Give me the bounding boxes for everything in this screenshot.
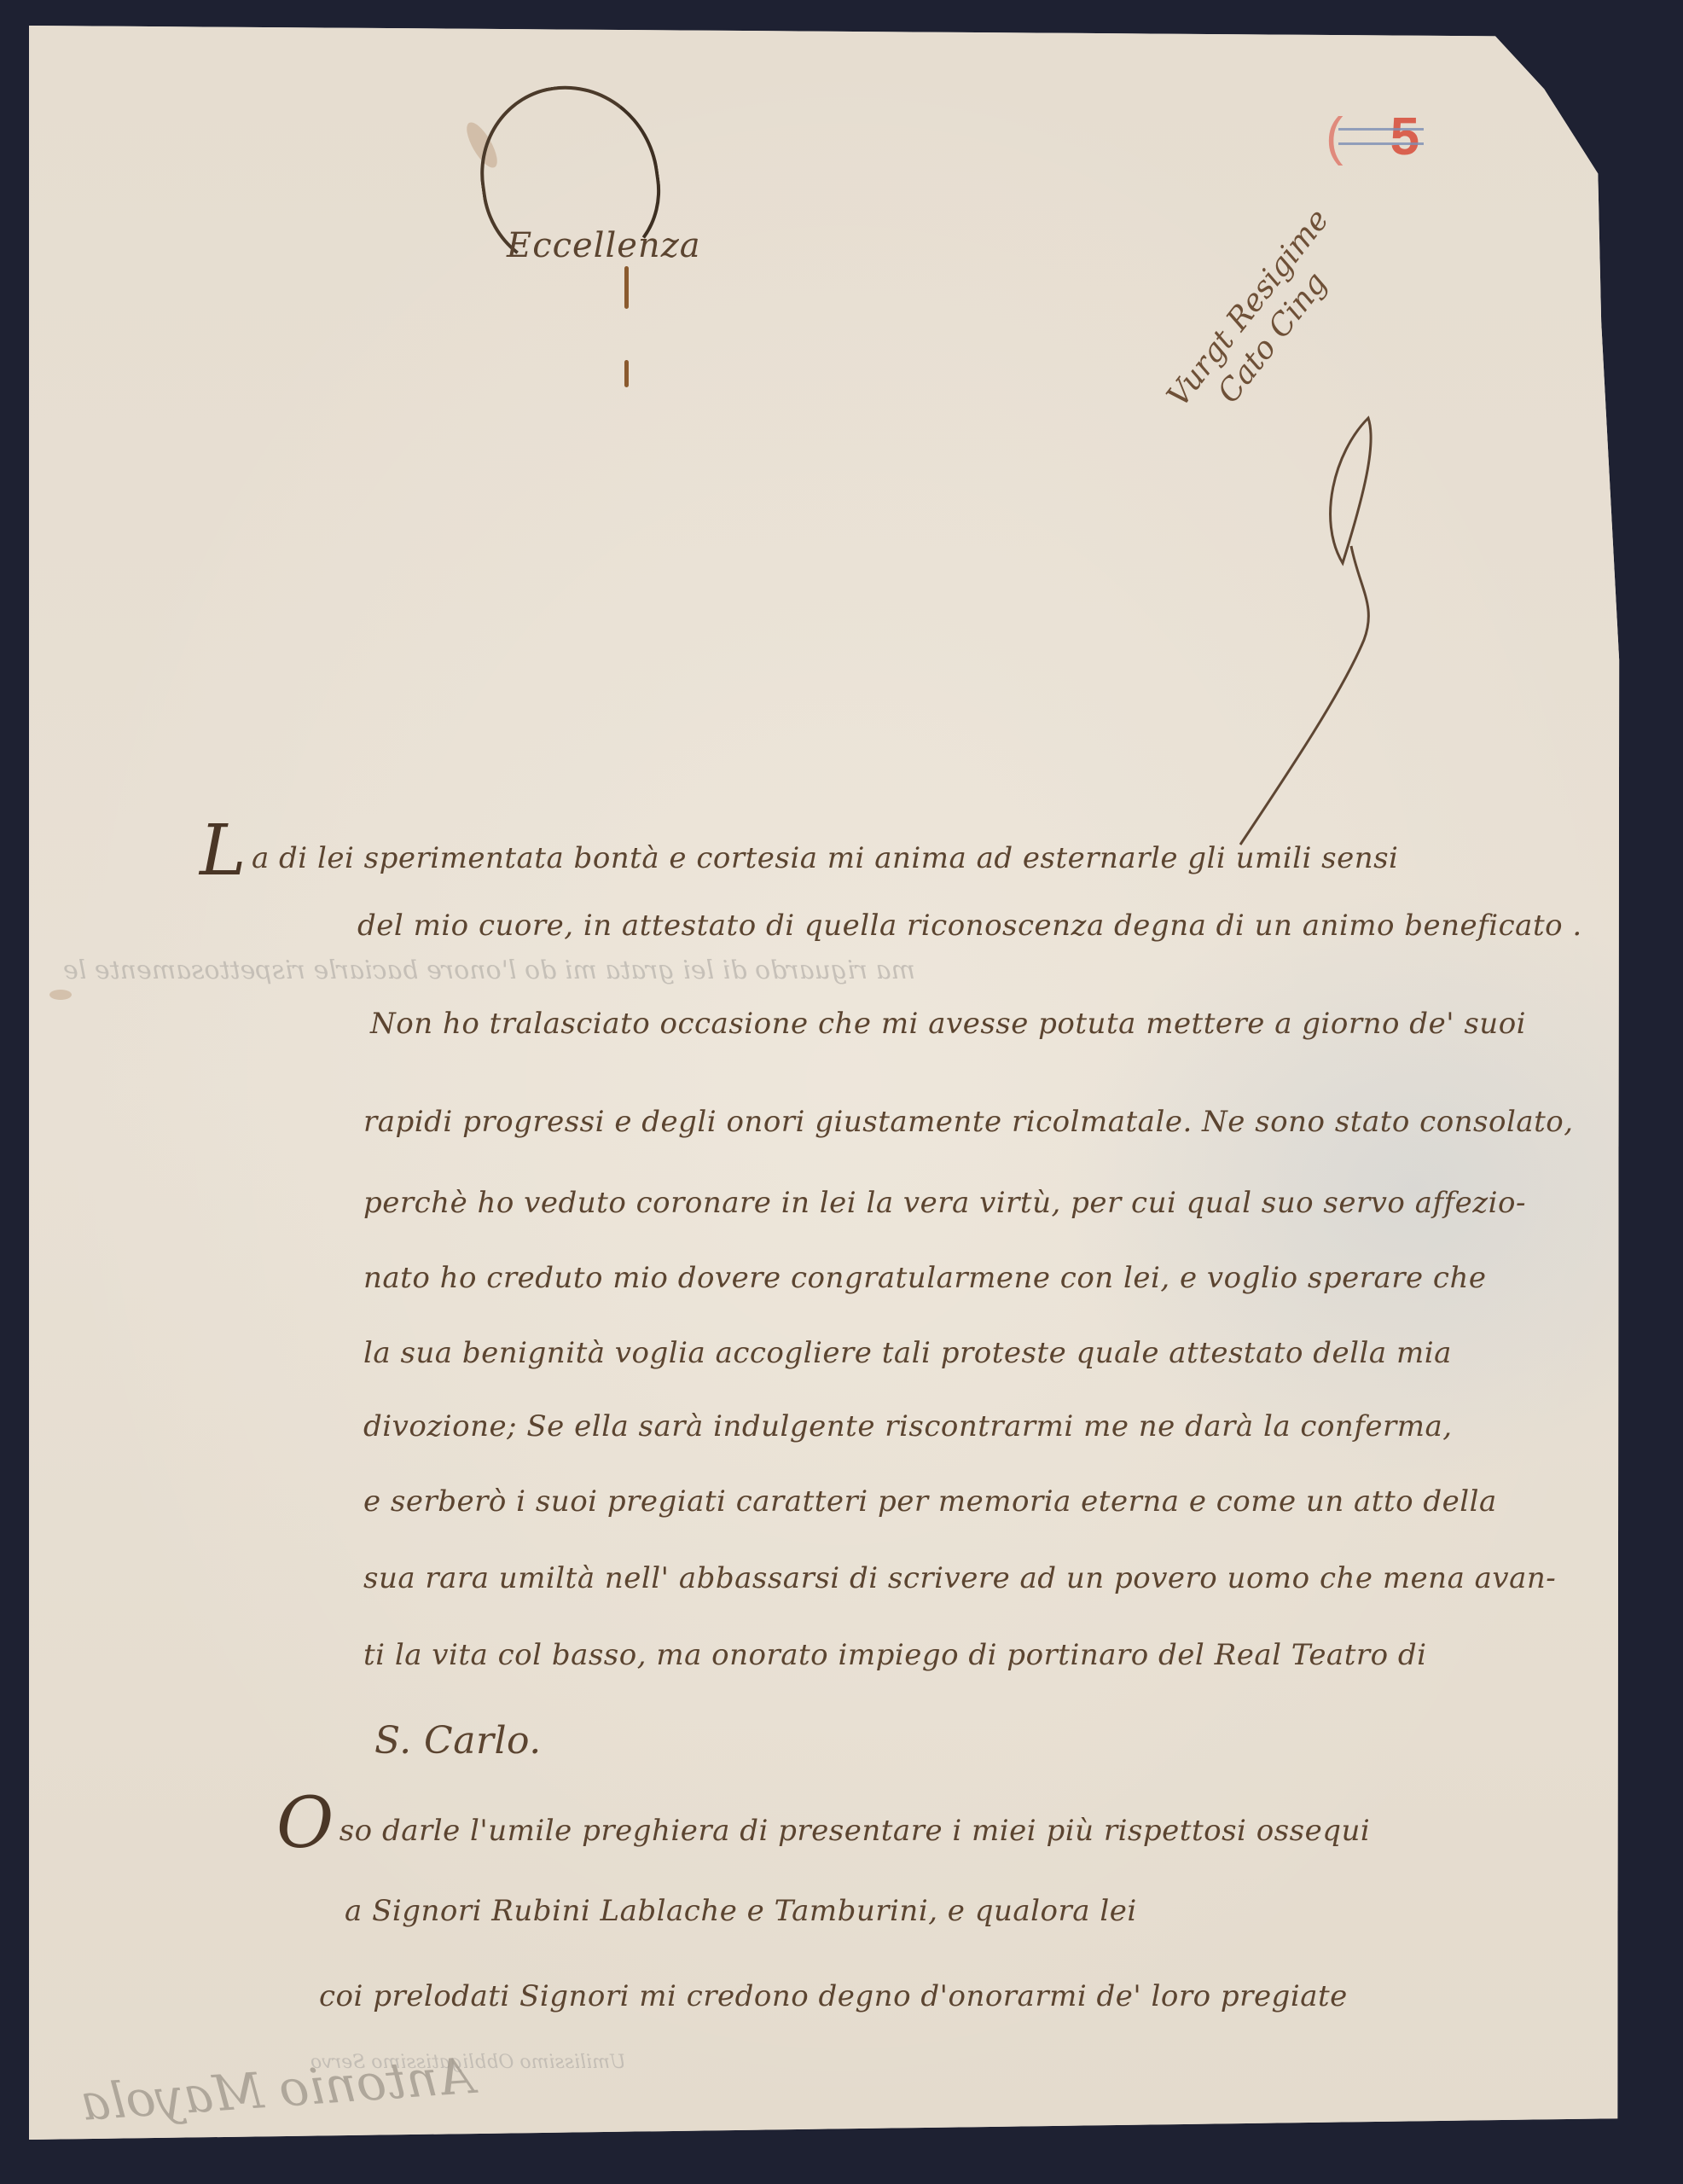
- drop-initial: O: [276, 1783, 334, 1864]
- body-line: e serberò i suoi pregiati caratteri per …: [363, 1484, 1497, 1519]
- body-line: del mio cuore, in attestato di quella ri…: [357, 909, 1582, 943]
- ink-drip: [624, 360, 629, 387]
- bleed-through-text: ma riguardo di lei grata mi do l'onore b…: [63, 955, 915, 985]
- folio-strikethrough: [1338, 128, 1424, 145]
- body-line: ti la vita col basso, ma onorato impiego…: [363, 1638, 1427, 1672]
- salutation: Eccellenza: [507, 226, 701, 265]
- annotation-flourish-icon: [1215, 367, 1436, 879]
- body-line: S. Carlo.: [374, 1719, 542, 1763]
- letter-page: Eccellenza (5 Vurgt Resigime Cato Cing m…: [29, 26, 1658, 2140]
- body-line: la sua benignità voglia accogliere tali …: [363, 1336, 1452, 1370]
- body-line: sua rara umiltà nell' abbassarsi di scri…: [363, 1561, 1556, 1595]
- body-line: nato ho creduto mio dovere congratularme…: [363, 1261, 1486, 1295]
- ink-drip: [624, 266, 629, 309]
- drop-initial: L: [200, 810, 247, 892]
- body-line: perchè ho veduto coronare in lei la vera…: [363, 1186, 1526, 1220]
- body-line: rapidi progressi e degli onori giustamen…: [363, 1105, 1574, 1139]
- body-line: divozione; Se ella sarà indulgente risco…: [363, 1409, 1453, 1443]
- body-line: Non ho tralasciato occasione che mi aves…: [370, 1007, 1526, 1041]
- body-line: coi prelodati Signori mi credono degno d…: [319, 1979, 1348, 2013]
- ink-stain: [49, 990, 72, 1000]
- bleed-through-signature: Antonio Mayola: [78, 2047, 475, 2132]
- body-line: La di lei sperimentata bontà e cortesia …: [200, 810, 1398, 892]
- body-line: Oso darle l'umile preghiera di presentar…: [276, 1783, 1370, 1864]
- body-line: a Signori Rubini Lablache e Tamburini, e…: [345, 1894, 1137, 1928]
